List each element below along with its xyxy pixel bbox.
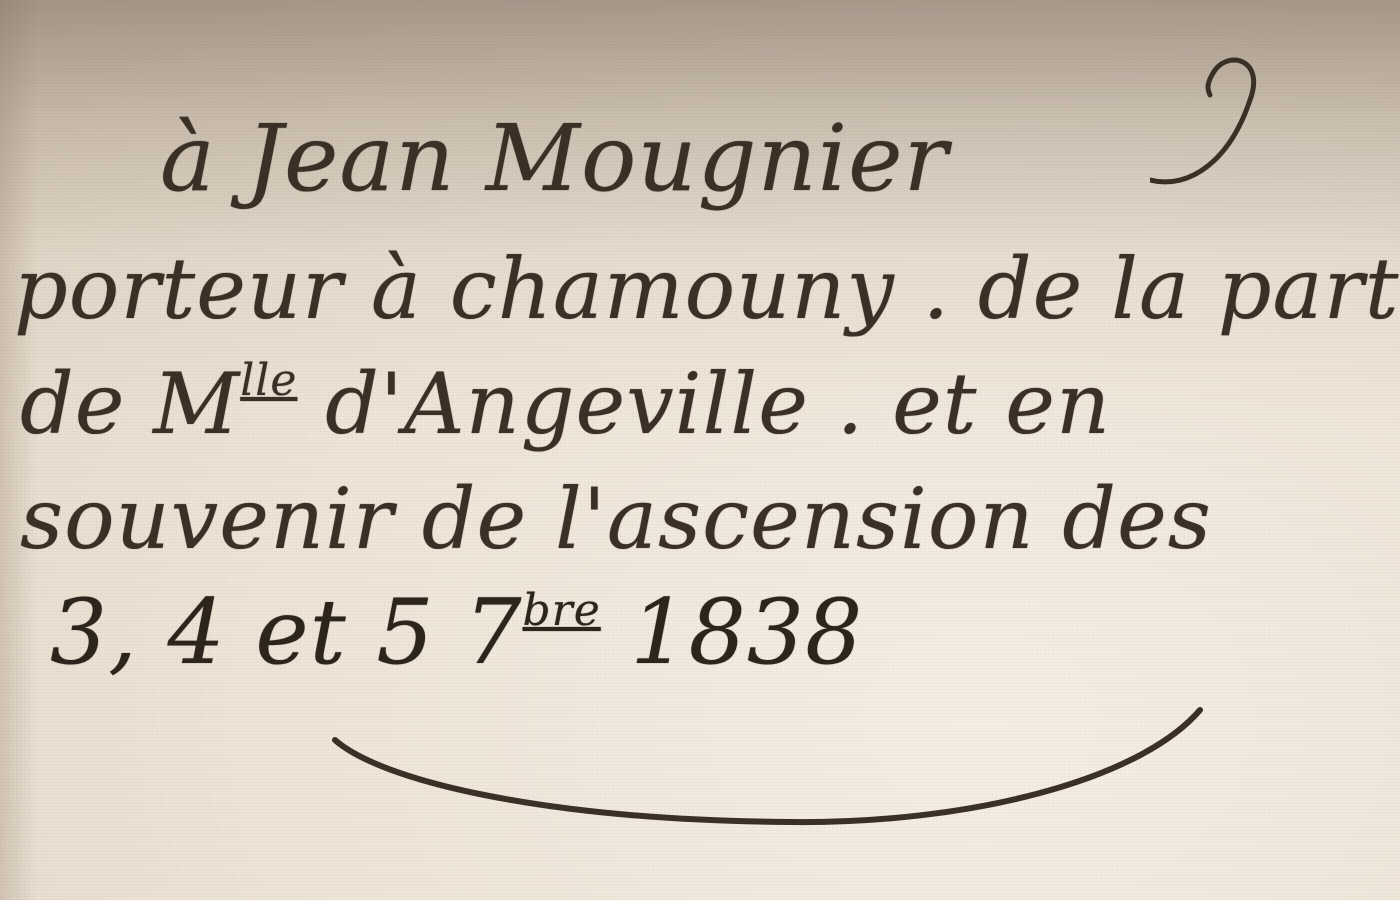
mademoiselle-superscript: lle	[240, 355, 297, 406]
inscription-line-2: porteur à chamouny . de la part	[14, 240, 1400, 338]
inscription-line-1: à Jean Mougnier	[160, 105, 949, 212]
name-flourish	[1150, 40, 1270, 200]
inscription-date-line: 3, 4 et 5 7bre 1838	[50, 580, 863, 685]
underline-flourish	[320, 700, 1220, 830]
date-year: 1838	[601, 580, 864, 685]
inscription-line-3: de Mlle d'Angeville . et en	[20, 355, 1111, 453]
line-3-prefix: de M	[20, 355, 240, 453]
date-days: 3, 4 et 5 7	[50, 580, 523, 685]
inscription-line-4: souvenir de l'ascension des	[20, 470, 1212, 568]
month-superscript: bre	[523, 585, 601, 636]
document-page: à Jean Mougnier porteur à chamouny . de …	[0, 0, 1400, 900]
line-3-suffix: d'Angeville . et en	[297, 355, 1111, 453]
